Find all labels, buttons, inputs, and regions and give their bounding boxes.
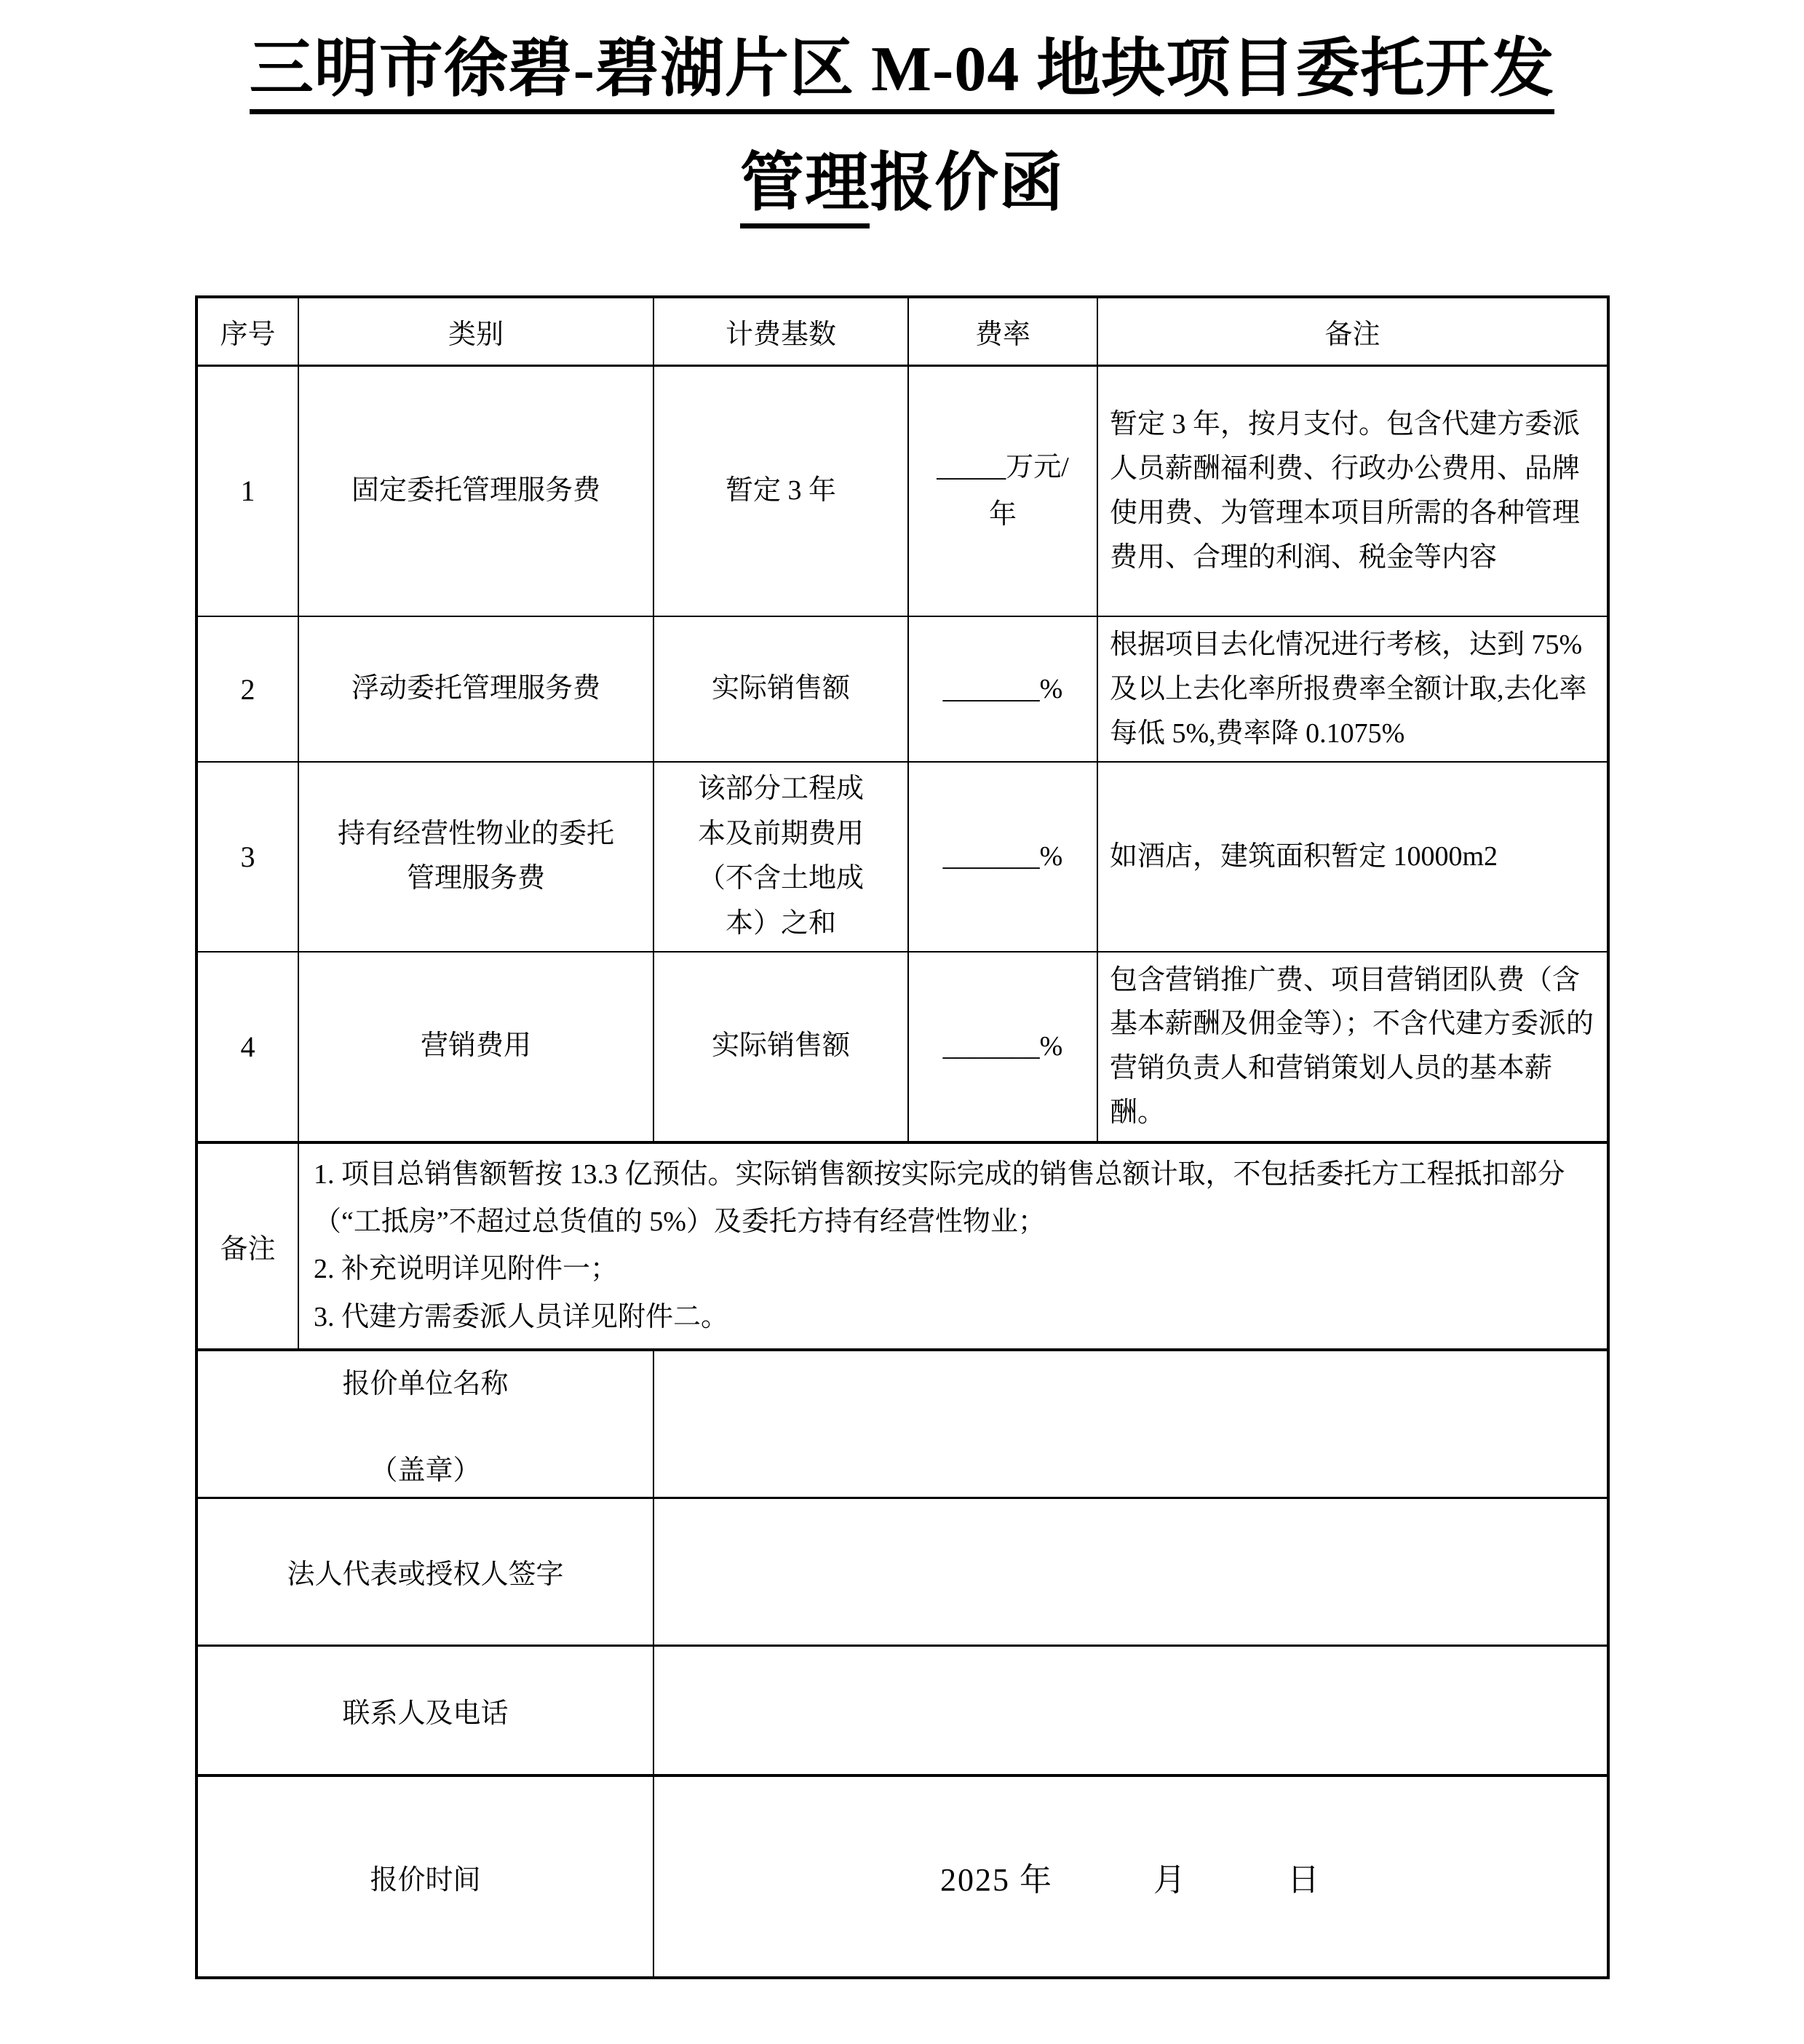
row3-category: 持有经营性物业的委托 管理服务费 — [298, 762, 653, 951]
table-header-row: 序号 类别 计费基数 费率 备注 — [196, 297, 1608, 365]
row2-basis: 实际销售额 — [653, 616, 908, 762]
row2-remark: 根据项目去化情况进行考核，达到 75%及以上去化率所报费率全额计取,去化率每低 … — [1097, 616, 1608, 762]
table-row-2: 2 浮动委托管理服务费 实际销售额 _______% 根据项目去化情况进行考核，… — [196, 616, 1608, 762]
title-line2-rest: 报价函 — [870, 148, 1064, 219]
contact-value-cell — [653, 1645, 1608, 1775]
header-category: 类别 — [298, 297, 653, 365]
title-line1-text: 三明市徐碧-碧湖片区 M-04 地块项目委托开发 — [250, 34, 1555, 114]
label-spacer — [205, 1401, 645, 1447]
legal-representative-label: 法人代表或授权人签字 — [196, 1498, 653, 1645]
row4-basis: 实际销售额 — [653, 952, 908, 1142]
row4-category: 营销费用 — [298, 952, 653, 1142]
legal-representative-value-cell — [653, 1498, 1608, 1645]
notes-content: 1. 项目总销售额暂按 13.3 亿预估。实际销售额按实际完成的销售总额计取，不… — [298, 1142, 1608, 1350]
row2-rate-blank: _______% — [908, 616, 1097, 762]
row2-no: 2 — [196, 616, 298, 762]
unit-name-row: 报价单位名称 （盖章） — [196, 1350, 1608, 1498]
note-item-3: 3. 代建方需委派人员详见附件二。 — [314, 1294, 1592, 1341]
header-no: 序号 — [196, 297, 298, 365]
row2-category: 浮动委托管理服务费 — [298, 616, 653, 762]
row4-rate-blank: _______% — [908, 952, 1097, 1142]
quote-date-label: 报价时间 — [196, 1775, 653, 1978]
quote-date-row: 报价时间 2025 年 月 日 — [196, 1775, 1608, 1978]
table-row-4: 4 营销费用 实际销售额 _______% 包含营销推广费、项目营销团队费（含基… — [196, 952, 1608, 1142]
notes-row: 备注 1. 项目总销售额暂按 13.3 亿预估。实际销售额按实际完成的销售总额计… — [196, 1142, 1608, 1350]
header-basis: 计费基数 — [653, 297, 908, 365]
row1-remark: 暂定 3 年，按月支付。包含代建方委派人员薪酬福利费、行政办公费用、品牌使用费、… — [1097, 365, 1608, 616]
quote-date-value: 2025 年 月 日 — [653, 1775, 1608, 1978]
row1-rate-blank: _____万元/ 年 — [908, 365, 1097, 616]
contact-label: 联系人及电话 — [196, 1645, 653, 1775]
title-line-1: 三明市徐碧-碧湖片区 M-04 地块项目委托开发 — [0, 13, 1804, 127]
row3-no: 3 — [196, 762, 298, 951]
table-row-3: 3 持有经营性物业的委托 管理服务费 该部分工程成 本及前期费用 （不含土地成 … — [196, 762, 1608, 951]
notes-label: 备注 — [196, 1142, 298, 1350]
note-item-2: 2. 补充说明详见附件一； — [314, 1246, 1592, 1293]
header-rate: 费率 — [908, 297, 1097, 365]
unit-name-value-cell — [653, 1350, 1608, 1498]
legal-representative-row: 法人代表或授权人签字 — [196, 1498, 1608, 1645]
row3-remark: 如酒店，建筑面积暂定 10000m2 — [1097, 762, 1608, 951]
row4-remark: 包含营销推广费、项目营销团队费（含基本薪酬及佣金等）；不含代建方委派的营销负责人… — [1097, 952, 1608, 1142]
row4-no: 4 — [196, 952, 298, 1142]
row1-basis: 暂定 3 年 — [653, 365, 908, 616]
unit-name-label: 报价单位名称 （盖章） — [196, 1350, 653, 1498]
row1-no: 1 — [196, 365, 298, 616]
title-line2-underlined-part: 管理 — [740, 148, 870, 228]
title-line-2: 管理报价函 — [0, 127, 1804, 242]
table-row-1: 1 固定委托管理服务费 暂定 3 年 _____万元/ 年 暂定 3 年，按月支… — [196, 365, 1608, 616]
header-remark: 备注 — [1097, 297, 1608, 365]
row1-category: 固定委托管理服务费 — [298, 365, 653, 616]
document-title: 三明市徐碧-碧湖片区 M-04 地块项目委托开发 管理报价函 — [0, 13, 1804, 241]
quotation-table: 序号 类别 计费基数 费率 备注 1 固定委托管理服务费 暂定 3 年 ____… — [195, 295, 1610, 1979]
row3-rate-blank: _______% — [908, 762, 1097, 951]
note-item-1: 1. 项目总销售额暂按 13.3 亿预估。实际销售额按实际完成的销售总额计取，不… — [314, 1151, 1592, 1246]
row3-basis: 该部分工程成 本及前期费用 （不含土地成 本）之和 — [653, 762, 908, 951]
contact-row: 联系人及电话 — [196, 1645, 1608, 1775]
